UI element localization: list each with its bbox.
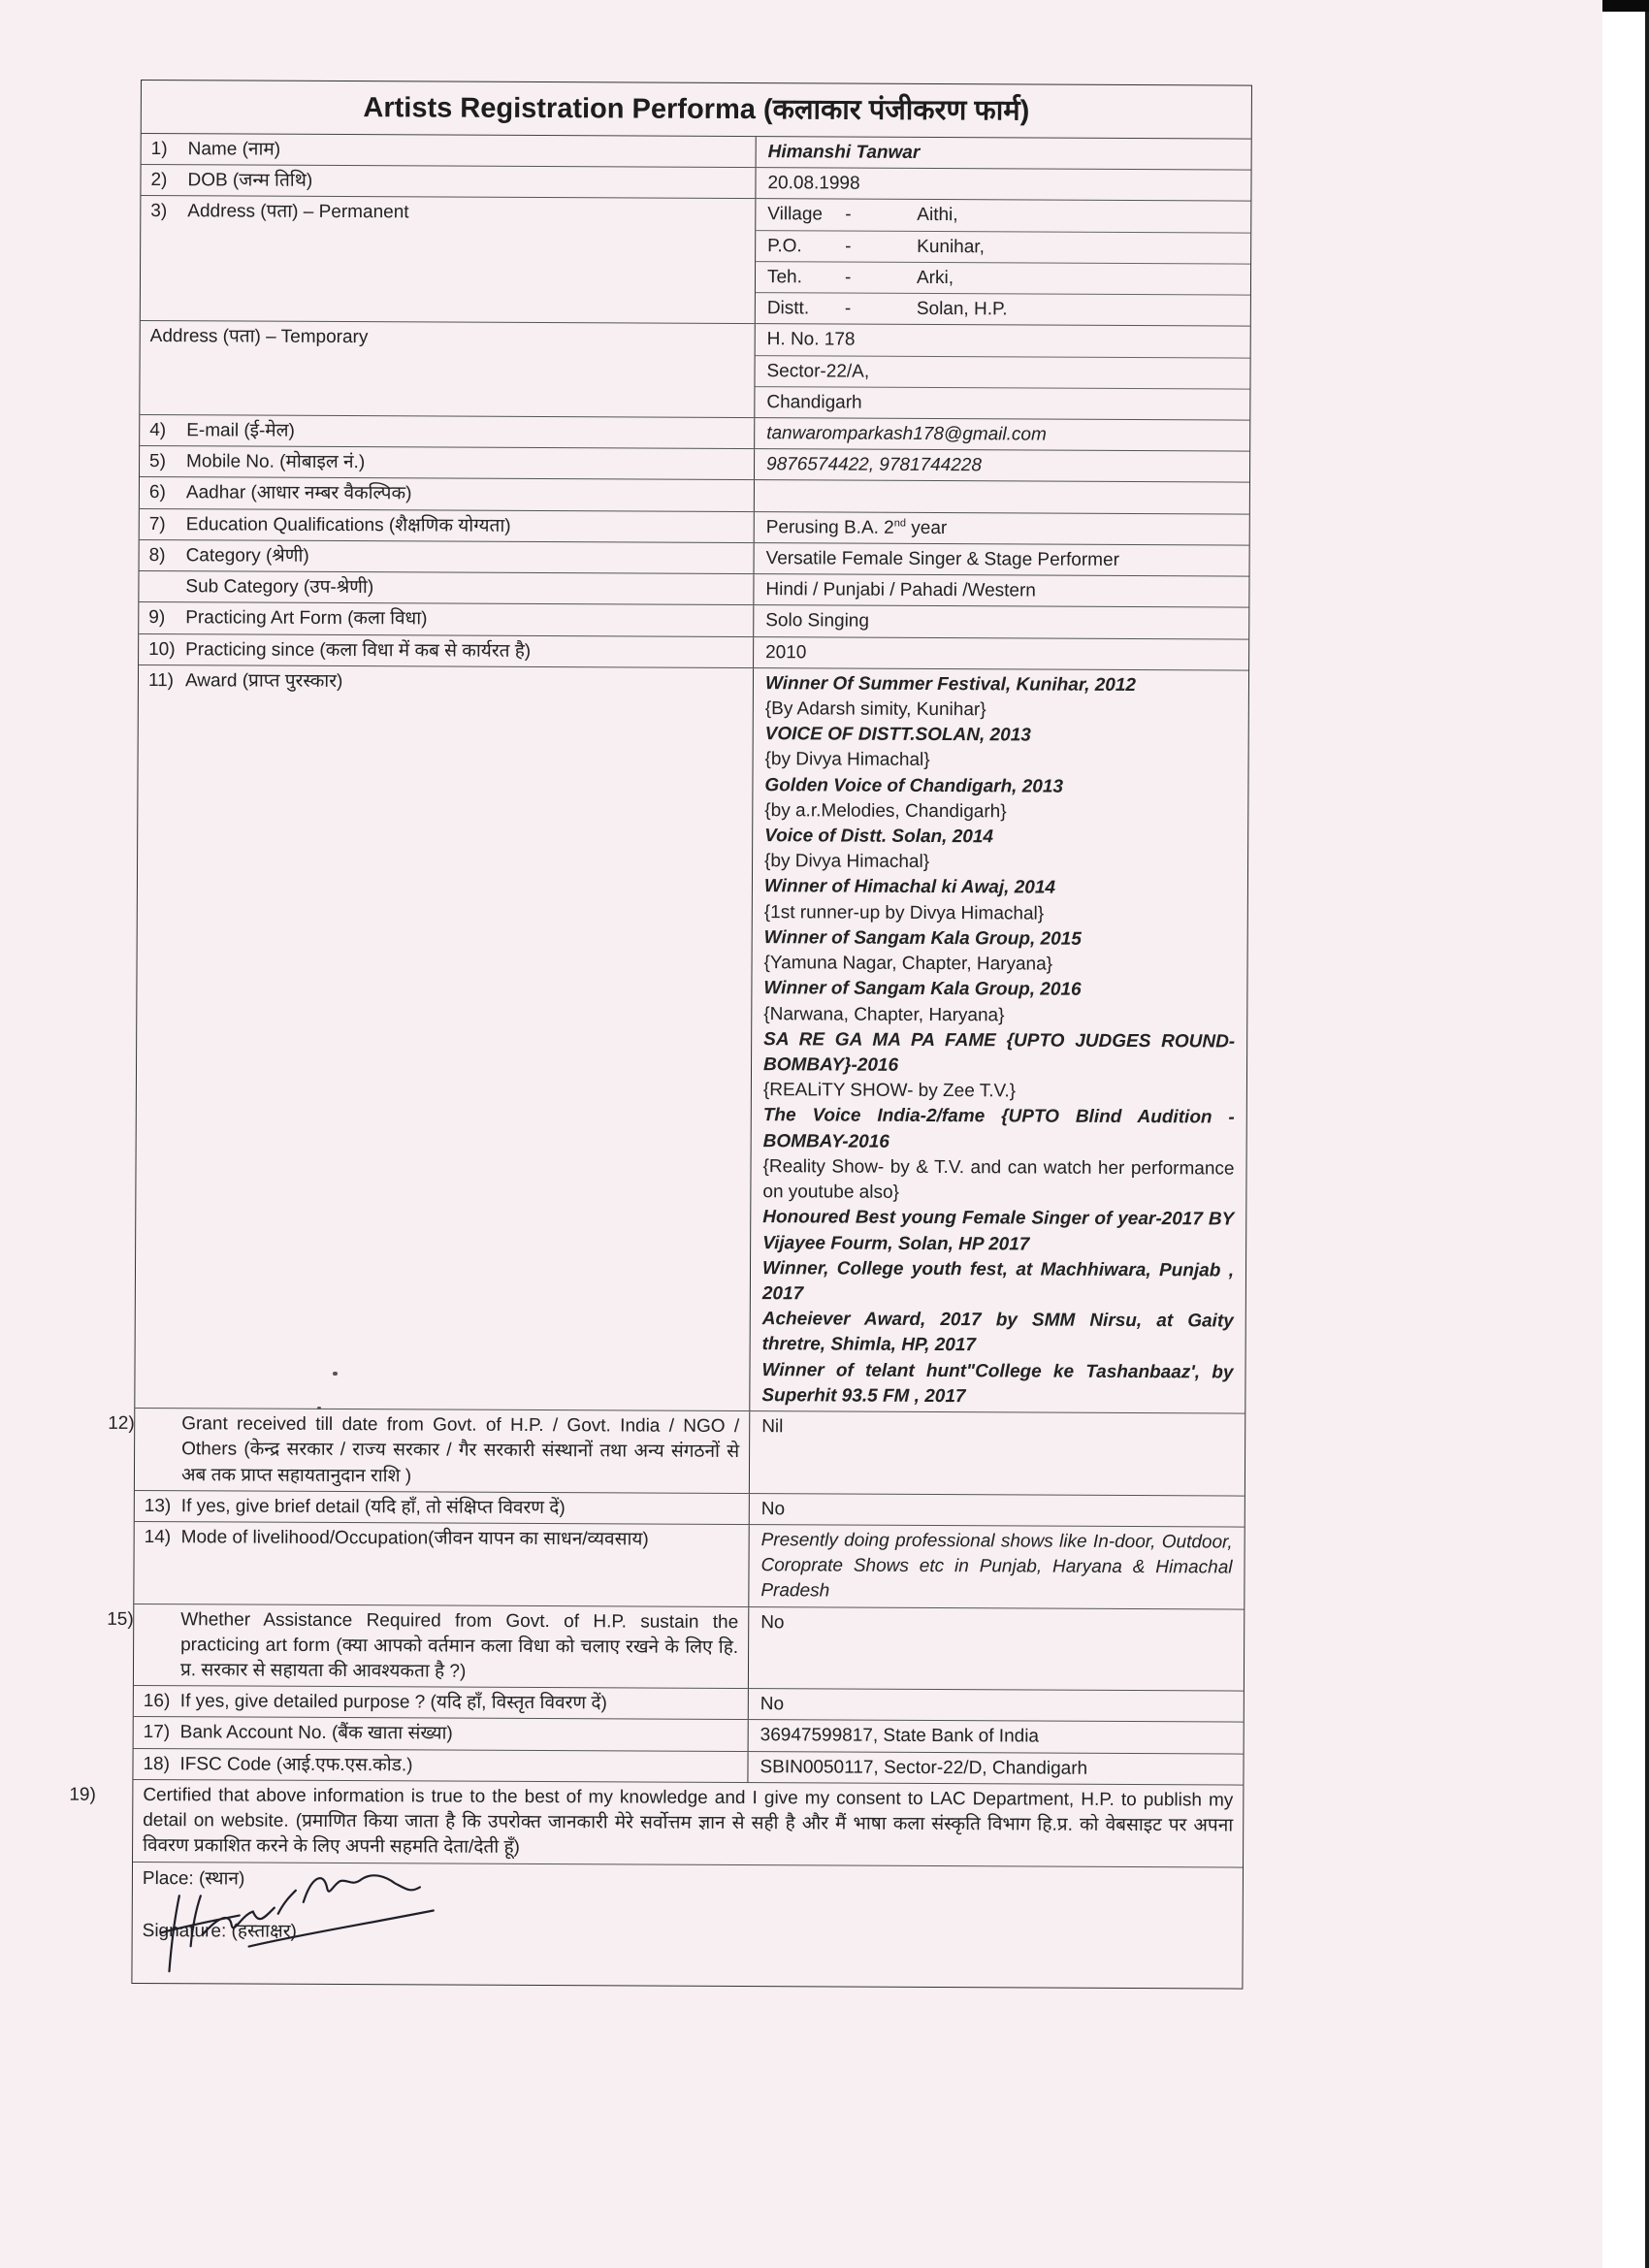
- livelihood-value: Presently doing professional shows like …: [749, 1525, 1244, 1608]
- ifsc-value: SBIN0050117, Sector-22/D, Chandigarh: [748, 1752, 1243, 1785]
- field-address-temporary: Address (पता) – Temporary H. No. 178 Sec…: [140, 321, 1249, 420]
- mobile-value: 9876574422, 9781744228: [755, 449, 1249, 482]
- signature-section: Place: (स्थान) Signature: (हस्ताक्षर) Hi…: [132, 1863, 1243, 1989]
- field-label: DOB (जन्म तिथि): [187, 170, 312, 191]
- field-label: Bank Account No. (बैंक खाता संख्या): [180, 1723, 453, 1744]
- field-awards: 11)Award (प्राप्त पुरस्कार) Winner Of Su…: [135, 665, 1248, 1414]
- award-note: {Reality Show- by & T.V. and can watch h…: [762, 1154, 1234, 1208]
- field-label: IFSC Code (आई.एफ.एस.कोड.): [179, 1754, 412, 1775]
- grant-detail-value: No: [750, 1494, 1245, 1527]
- field-label: Grant received till date from Govt. of H…: [181, 1413, 739, 1486]
- category-value: Versatile Female Singer & Stage Performe…: [755, 543, 1249, 576]
- address-line: Chandigarh: [755, 387, 1249, 420]
- field-label: Mode of livelihood/Occupation(जीवन यापन …: [181, 1527, 649, 1549]
- address-line: Teh.-Arki,: [756, 262, 1250, 296]
- award-title: Golden Voice of Chandigarh, 2013: [764, 773, 1236, 801]
- scan-edge: [1602, 0, 1649, 12]
- assistance-purpose-value: No: [749, 1689, 1244, 1722]
- field-address-permanent: 3)Address (पता) – Permanent Village-Aith…: [141, 196, 1251, 326]
- field-certification: 19)Certified that above information is t…: [133, 1780, 1243, 1867]
- field-label: Award (प्राप्त पुरस्कार): [185, 670, 342, 692]
- field-label: If yes, give brief detail (यदि हाँ, तो स…: [181, 1496, 566, 1518]
- dob-value: 20.08.1998: [756, 168, 1250, 201]
- certification-text: Certified that above information is true…: [143, 1785, 1233, 1858]
- field-grant: 12)Grant received till date from Govt. o…: [135, 1409, 1245, 1496]
- address-line: P.O.-Kunihar,: [756, 231, 1250, 265]
- education-value: Perusing B.A. 2nd year: [755, 512, 1249, 545]
- field-label: If yes, give detailed purpose ? (यदि हाँ…: [180, 1691, 607, 1713]
- email-value: tanwaromparkash178@gmail.com: [755, 418, 1249, 451]
- field-label: Practicing since (कला विधा में कब से कार…: [185, 639, 531, 662]
- address-line: Distt.-Solan, H.P.: [756, 293, 1250, 326]
- award-title: The Voice India-2/fame {UPTO Blind Audit…: [763, 1104, 1235, 1157]
- aadhar-value: [755, 481, 1249, 514]
- field-label: Mobile No. (मोबाइल नं.): [186, 451, 365, 472]
- award-note: {by a.r.Melodies, Chandigarh}: [764, 798, 1236, 826]
- award-note: {1st runner-up by Divya Himachal}: [764, 900, 1236, 928]
- award-note: {by Divya Himachal}: [765, 748, 1237, 776]
- award-title: Honoured Best young Female Singer of yea…: [762, 1205, 1234, 1258]
- award-title: Winner of telant hunt"College ke Tashanb…: [761, 1358, 1233, 1411]
- registration-form: Artists Registration Performa (कलाकार पं…: [131, 80, 1252, 1989]
- field-label: Category (श्रेणी): [186, 545, 309, 567]
- award-title: Acheiever Award, 2017 by SMM Nirsu, at G…: [762, 1307, 1234, 1360]
- handwritten-signature: Himanshi Tanwar: [132, 1857, 482, 1985]
- award-note: {Narwana, Chapter, Haryana}: [763, 1002, 1235, 1030]
- field-label: Practicing Art Form (कला विधा): [185, 608, 427, 630]
- award-title: SA RE GA MA PA FAME {UPTO JUDGES ROUND-B…: [763, 1027, 1235, 1081]
- award-title: Winner of Himachal ki Awaj, 2014: [764, 875, 1236, 903]
- field-livelihood: 14)Mode of livelihood/Occupation(जीवन या…: [134, 1522, 1244, 1609]
- scan-edge-right: [1645, 12, 1649, 2268]
- address-line: Village-Aithi,: [756, 200, 1250, 234]
- field-label: Aadhar (आधार नम्बर वैकल्पिक): [186, 483, 412, 504]
- award-title: VOICE OF DISTT.SOLAN, 2013: [765, 722, 1237, 750]
- field-label: Address (पता) – Temporary: [140, 321, 755, 417]
- address-temporary-lines: H. No. 178 Sector-22/A, Chandigarh: [755, 324, 1249, 419]
- field-assistance: 15)Whether Assistance Required from Govt…: [134, 1604, 1244, 1692]
- award-title: Winner, College youth fest, at Machhiwar…: [762, 1256, 1234, 1310]
- field-label: Whether Assistance Required from Govt. o…: [180, 1609, 738, 1682]
- award-title: Winner Of Summer Festival, Kunihar, 2012: [765, 671, 1237, 699]
- award-title: Voice of Distt. Solan, 2014: [764, 824, 1236, 852]
- bank-account-value: 36947599817, State Bank of India: [749, 1721, 1244, 1754]
- award-title: Winner of Sangam Kala Group, 2015: [764, 925, 1236, 954]
- award-note: {by Divya Himachal}: [764, 849, 1236, 877]
- field-label: Name (नाम): [188, 139, 281, 159]
- awards-list: Winner Of Summer Festival, Kunihar, 2012…: [750, 668, 1248, 1413]
- address-line: H. No. 178: [756, 324, 1250, 358]
- practicing-since-value: 2010: [754, 637, 1248, 670]
- assistance-value: No: [749, 1607, 1244, 1691]
- name-value: Himanshi Tanwar: [757, 137, 1251, 170]
- address-line: Sector-22/A,: [755, 356, 1249, 390]
- sub-category-value: Hindi / Punjabi / Pahadi /Western: [754, 574, 1248, 607]
- field-label: Address (पता) – Permanent: [187, 202, 408, 223]
- award-note: {Yamuna Nagar, Chapter, Haryana}: [763, 951, 1235, 979]
- address-permanent-lines: Village-Aithi, P.O.-Kunihar, Teh.-Arki, …: [756, 200, 1251, 326]
- art-form-value: Solo Singing: [754, 605, 1248, 638]
- field-label: Sub Category (उप-श्रेणी): [185, 576, 373, 598]
- field-label: E-mail (ई-मेल): [186, 420, 295, 441]
- award-note: {By Adarsh simity, Kunihar}: [765, 697, 1237, 725]
- field-label: Education Qualifications (शैक्षणिक योग्य…: [186, 514, 511, 536]
- grant-value: Nil: [750, 1411, 1245, 1495]
- award-note: {REALiTY SHOW- by Zee T.V.}: [763, 1078, 1235, 1106]
- award-title: Winner of Sangam Kala Group, 2016: [763, 976, 1235, 1004]
- form-title: Artists Registration Performa (कलाकार पं…: [142, 81, 1251, 140]
